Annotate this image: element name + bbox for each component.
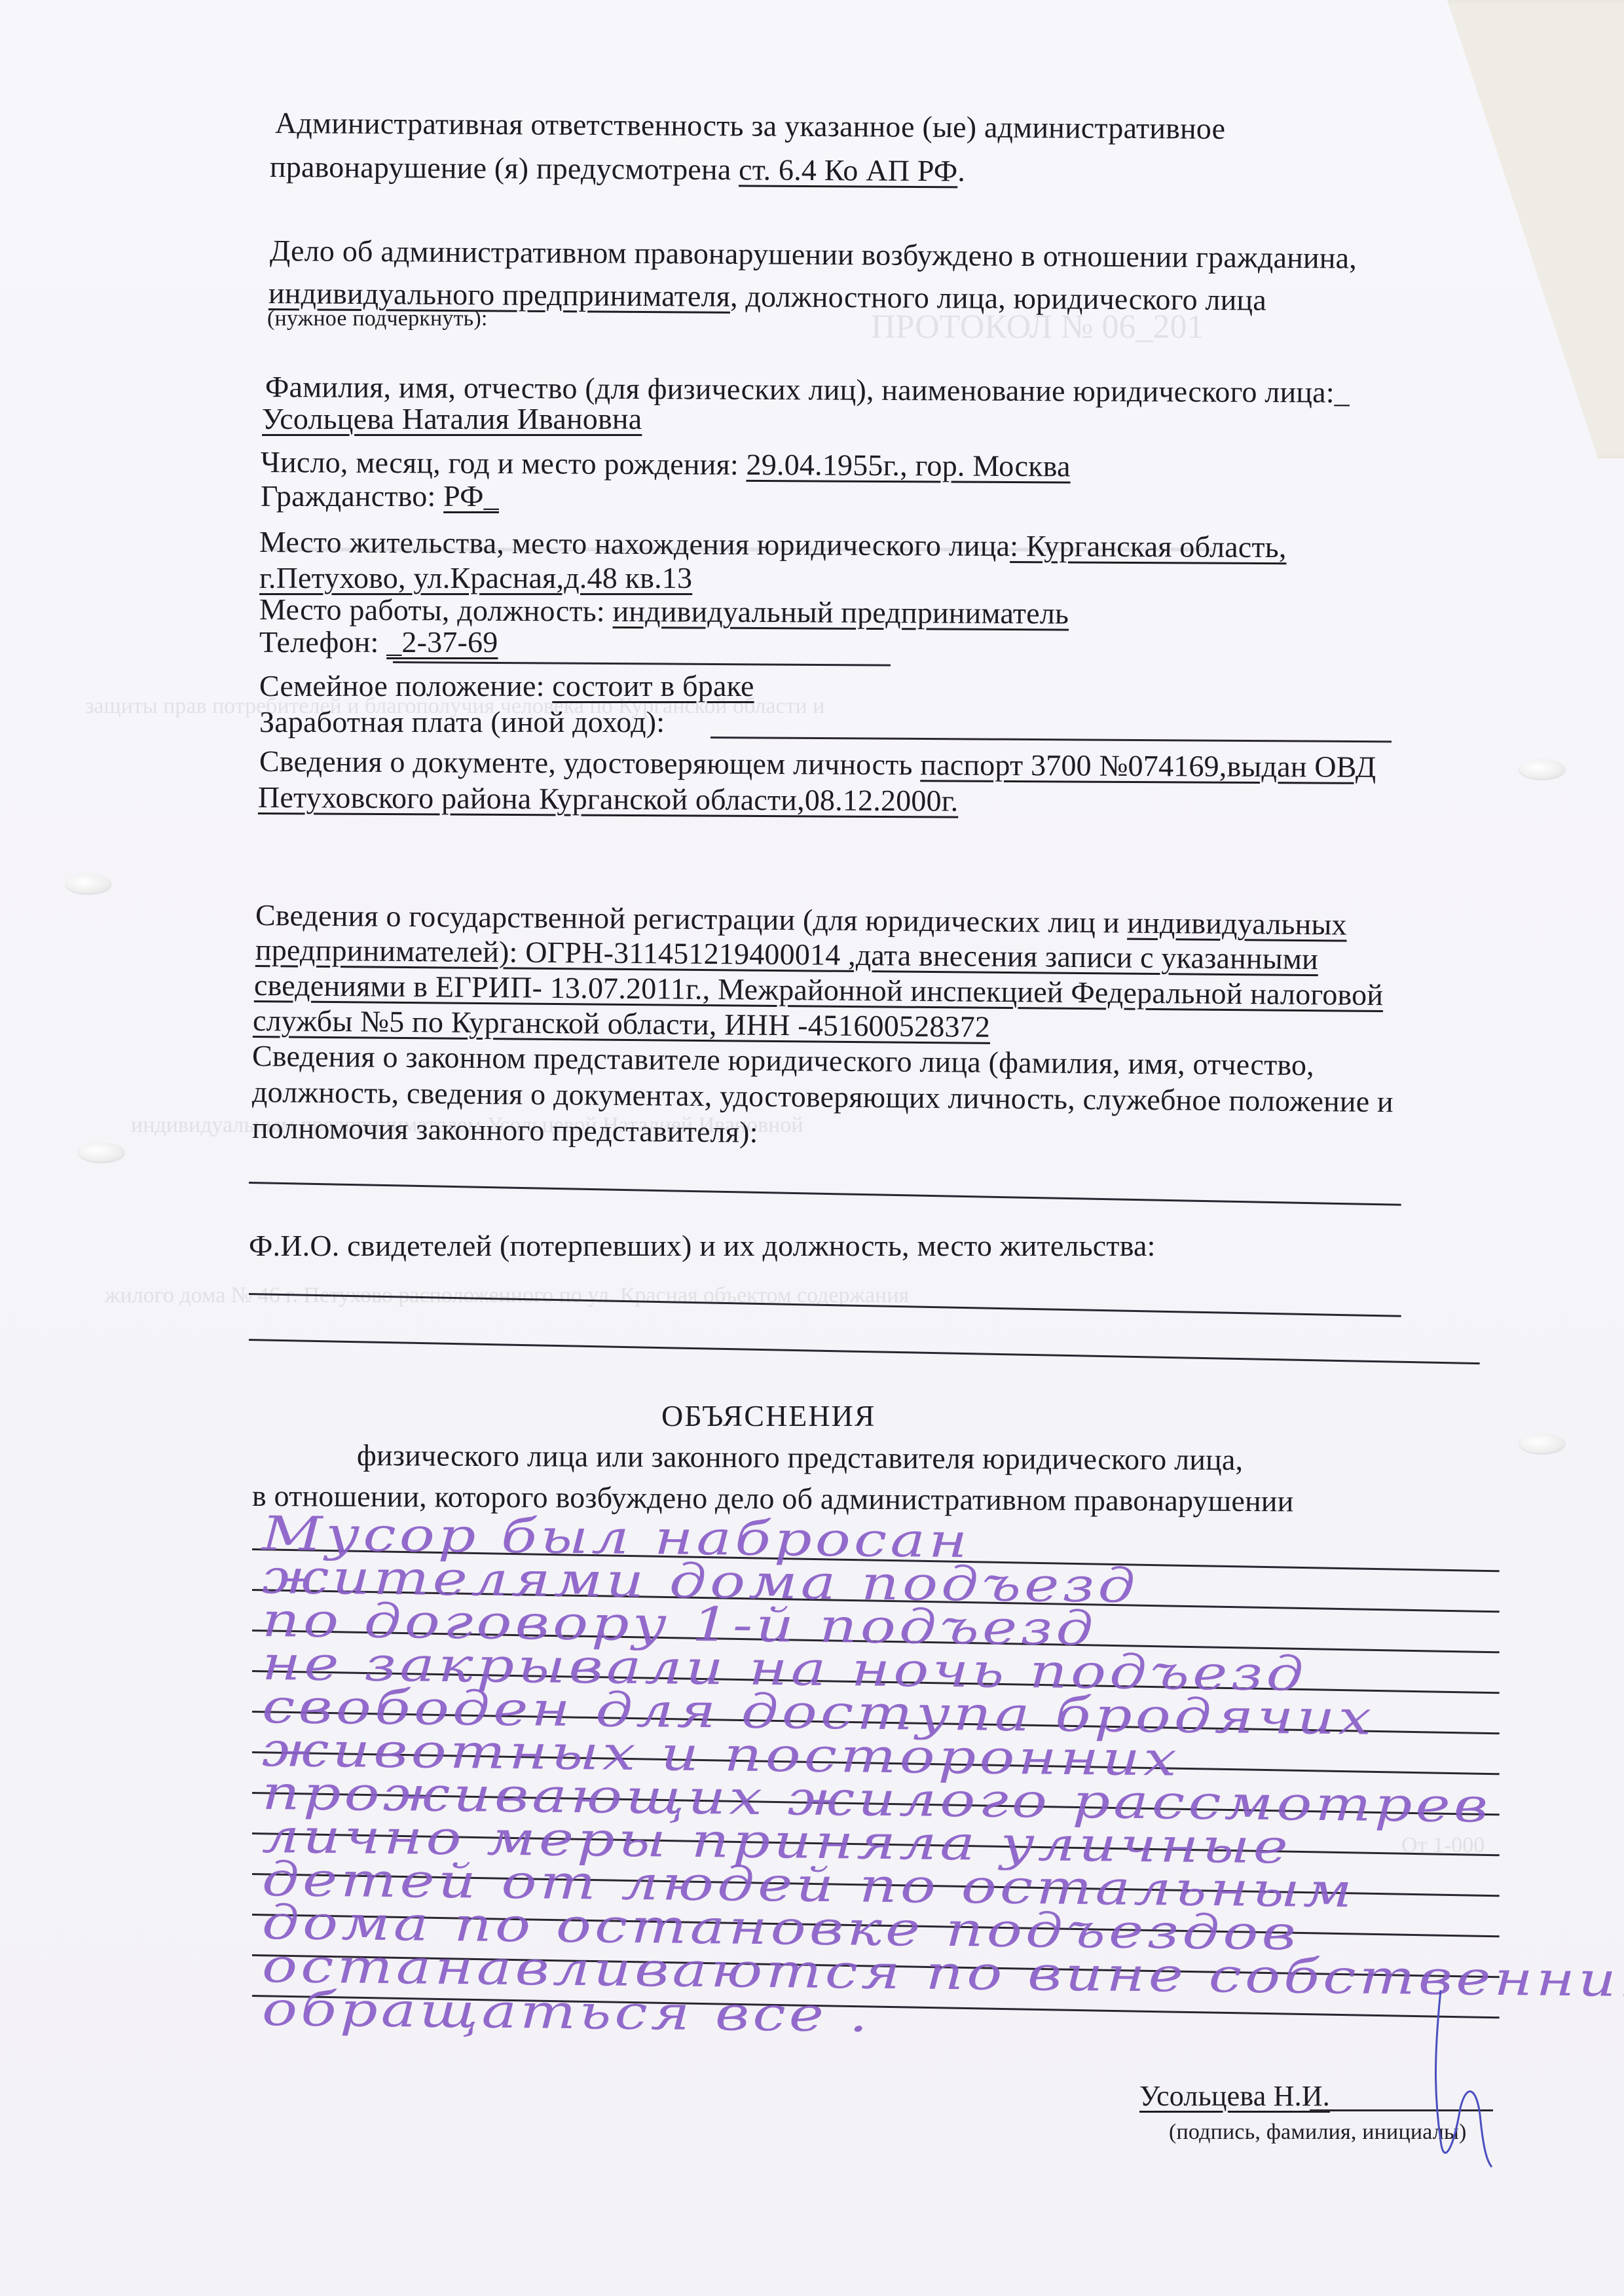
registration-line-3: сведениями в ЕГРИП- 13.07.2011г., Межрай… xyxy=(254,970,1384,1010)
residence-field-2: г.Петухово, ул.Красная,д.48 кв.13 xyxy=(259,563,692,593)
id-doc-field: Сведения о документе, удостоверяющем лич… xyxy=(259,746,1376,782)
registration-line-4: службы №5 по Курганской области, ИНН -45… xyxy=(253,1006,991,1042)
income-field: Заработная плата (иной доход): xyxy=(259,707,665,737)
liability-line-2: правонарушение (я) предусмотрена ст. 6.4… xyxy=(270,152,965,186)
phone-field: Телефон: _2-37-69 xyxy=(259,627,498,657)
residence-value-1: : Курганская область, xyxy=(1010,529,1287,564)
representative-blank-line xyxy=(249,1182,1401,1206)
id-doc-value-1: паспорт 3700 №074169,выдан ОВД xyxy=(920,748,1376,784)
case-line-1: Дело об административном правонарушении … xyxy=(270,236,1357,274)
phone-value: _2-37-69 xyxy=(386,625,498,659)
punch-hole xyxy=(1519,1434,1565,1453)
handwritten-signature xyxy=(1414,1977,1493,2174)
birth-field: Число, месяц, год и место рождения: 29.0… xyxy=(261,447,1071,481)
punch-hole xyxy=(1519,759,1565,779)
income-underline xyxy=(710,737,1392,742)
birth-value: 29.04.1955г., гор. Москва xyxy=(746,448,1070,483)
handwritten-line: обращаться все . xyxy=(262,1981,872,2043)
explanations-subtitle-1: физического лица или законного представи… xyxy=(357,1440,1244,1475)
phone-underline xyxy=(393,661,891,666)
witnesses-label: Ф.И.О. свидетелей (потерпевших) и их дол… xyxy=(249,1231,1156,1261)
fio-field: Усольцева Наталия Ивановна xyxy=(262,404,642,434)
scanned-page: ПРОТОКОЛ № 06_201 ━━━━━━━━━━━━━━━━━━━━━━… xyxy=(0,0,1624,2296)
representative-line-3: полномочия законного представителя): xyxy=(252,1113,758,1148)
punch-hole xyxy=(79,1142,124,1162)
registration-line-2: предпринимателей): ОГРН-311451219400014 … xyxy=(255,935,1318,974)
citizenship-field: Гражданство: РФ_ xyxy=(261,481,499,511)
case-note: (нужное подчеркнуть): xyxy=(267,308,488,330)
article-reference: ст. 6.4 Ко АП РФ xyxy=(739,153,958,187)
work-field: Место работы, должность: индивидуальный … xyxy=(259,594,1069,629)
family-field: Семейное положение: состоит в браке xyxy=(259,671,754,701)
family-value: состоит в браке xyxy=(552,669,754,702)
residence-value-2: г.Петухово, ул.Красная,д.48 кв.13 xyxy=(259,561,692,594)
citizenship-value: РФ_ xyxy=(443,479,499,513)
witnesses-blank-line-2 xyxy=(249,1339,1480,1364)
id-doc-value-2: Петуховского района Курганской области,0… xyxy=(258,780,959,818)
id-doc-field-2: Петуховского района Курганской области,0… xyxy=(258,782,959,816)
signature-name: Усольцева Н.И. xyxy=(1139,2082,1330,2111)
work-value: индивидуальный предприниматель xyxy=(612,594,1069,630)
punch-hole xyxy=(65,874,111,894)
folded-corner xyxy=(1408,0,1624,458)
fio-value: Усольцева Наталия Ивановна xyxy=(262,402,642,435)
residence-field: Место жительства, место нахождения юриди… xyxy=(259,527,1287,562)
explanations-title: ОБЪЯСНЕНИЯ xyxy=(661,1401,876,1431)
representative-line-2: должность, сведения о документах, удосто… xyxy=(252,1077,1393,1117)
liability-line-1: Административная ответственность за указ… xyxy=(275,108,1226,144)
representative-line-1: Сведения о законном представителе юридич… xyxy=(252,1041,1314,1080)
